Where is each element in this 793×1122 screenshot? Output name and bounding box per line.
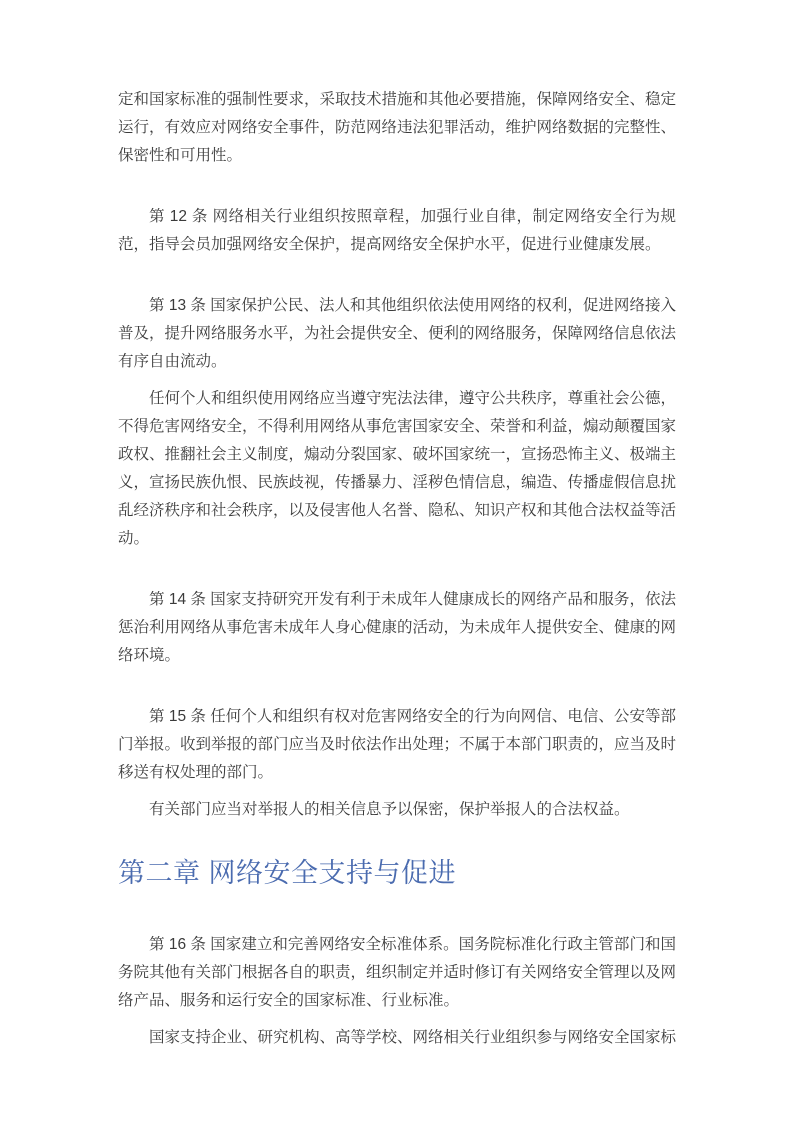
paragraph-article-16-clause-2: 国家支持企业、研究机构、高等学校、网络相关行业组织参与网络安全国家标 bbox=[118, 1024, 676, 1052]
paragraph-article-15: 第 15 条 任何个人和组织有权对危害网络安全的行为向网信、电信、公安等部门举报… bbox=[118, 703, 676, 787]
paragraph-article-14: 第 14 条 国家支持研究开发有利于未成年人健康成长的网络产品和服务，依法惩治利… bbox=[118, 586, 676, 670]
paragraph-article-12: 第 12 条 网络相关行业组织按照章程，加强行业自律，制定网络安全行为规范，指导… bbox=[118, 203, 676, 259]
document-page: 定和国家标准的强制性要求，采取技术措施和其他必要措施，保障网络安全、稳定运行，有… bbox=[0, 0, 793, 1122]
paragraph-article-13: 第 13 条 国家保护公民、法人和其他组织依法使用网络的权利，促进网络接入普及，… bbox=[118, 292, 676, 376]
paragraph-article-15-clause-2: 有关部门应当对举报人的相关信息予以保密，保护举报人的合法权益。 bbox=[118, 796, 676, 824]
chapter-heading: 第二章 网络安全支持与促进 bbox=[118, 855, 676, 891]
paragraph-article-16: 第 16 条 国家建立和完善网络安全标准体系。国务院标准化行政主管部门和国务院其… bbox=[118, 931, 676, 1015]
paragraph-article-13-clause-2: 任何个人和组织使用网络应当遵守宪法法律，遵守公共秩序，尊重社会公德，不得危害网络… bbox=[118, 385, 676, 553]
paragraph-continuation: 定和国家标准的强制性要求，采取技术措施和其他必要措施，保障网络安全、稳定运行，有… bbox=[118, 86, 676, 170]
